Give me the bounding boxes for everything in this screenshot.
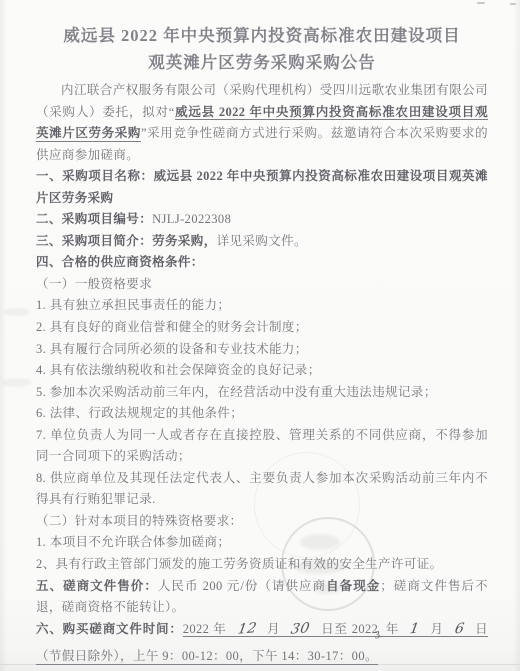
item-3-value-bold: 劳务采购， bbox=[152, 234, 217, 248]
scan-artifact bbox=[477, 2, 485, 4]
scan-edge-shadow-right bbox=[513, 0, 520, 671]
printed-month-char-2: 月 bbox=[427, 622, 448, 636]
scan-artifact bbox=[2, 378, 32, 387]
general-requirement-7: 7. 单位负责人为同一人或者存在直接控股、管理关系的不同供应商，不得参加同一合同… bbox=[36, 425, 488, 468]
printed-year-char: 年 bbox=[382, 622, 403, 636]
general-requirements-heading: （一）一般资格要求 bbox=[36, 274, 488, 296]
item-4-label: 四、合格的供应商资格条件： bbox=[36, 255, 204, 269]
document-title: 威远县 2022 年中央预算内投资高标准农田建设项目 观英滩片区劳务采购采购公告 bbox=[36, 22, 488, 76]
scan-artifact bbox=[510, 3, 516, 5]
special-requirement-1: 1. 本项目不允许联合体参加磋商； bbox=[36, 532, 488, 554]
printed-start-year: 2022 年 bbox=[183, 622, 231, 636]
scanned-document-page: 威远县 2022 年中央预算内投资高标准农田建设项目 观英滩片区劳务采购采购公告… bbox=[0, 0, 520, 671]
item-4-qualification-heading: 四、合格的供应商资格条件： bbox=[36, 252, 488, 274]
item-2-value: NJLJ-2022308 bbox=[152, 212, 231, 226]
handwritten-day-6: 6 bbox=[446, 619, 473, 639]
general-requirement-6: 6. 法律、行政法规规定的其他条件； bbox=[36, 403, 488, 425]
scan-artifact bbox=[4, 308, 30, 316]
item-6-label: 六、购买磋商文件时间： bbox=[36, 622, 183, 636]
handwritten-month-1: 1 bbox=[402, 619, 429, 639]
printed-to-year: 日至 2022 bbox=[317, 622, 378, 636]
general-requirement-1: 1. 具有独立承担民事责任的能力； bbox=[36, 295, 488, 317]
general-requirement-3: 3. 具有履行合同所必须的设备和专业技术能力； bbox=[36, 339, 488, 361]
item-5-bold: 自备现金 bbox=[326, 579, 380, 593]
item-3-label: 三、采购项目简介： bbox=[36, 234, 152, 248]
item-2-project-number: 二、采购项目编号：NJLJ-2022308 bbox=[36, 209, 488, 231]
item-5-document-price: 五、磋商文件售价：人民币 200 元/份（请供应商自备现金；磋商文件售后不退，磋… bbox=[36, 576, 488, 619]
handwritten-day-30: 30 bbox=[283, 618, 319, 639]
item-1-project-name: 一、采购项目名称：威远县 2022 年中央预算内投资高标准农田建设项目观英滩片区… bbox=[36, 166, 488, 209]
special-requirements-heading: （二）针对本项目的特殊资格要求： bbox=[36, 511, 488, 533]
item-5-label: 五、磋商文件售价： bbox=[36, 579, 158, 593]
title-line-1: 威远县 2022 年中央预算内投资高标准农田建设项目 bbox=[63, 26, 460, 45]
item-3-value-rest: 详见采购文件。 bbox=[217, 234, 307, 248]
title-line-2: 观英滩片区劳务采购采购公告 bbox=[148, 53, 376, 72]
scan-edge-shadow-left bbox=[0, 0, 7, 671]
item-5-pre: 人民币 200 元/份（请供应商 bbox=[158, 579, 326, 593]
item-3-project-brief: 三、采购项目简介：劳务采购，详见采购文件。 bbox=[36, 231, 488, 253]
intro-paragraph: 内江联合产权服务有限公司（采购代理机构）受四川远歌农业集团有限公司（采购人）委托… bbox=[36, 80, 488, 166]
handwritten-month-12: 12 bbox=[229, 618, 265, 639]
general-requirement-8: 8. 供应商单位及其现任法定代表人、主要负责人参加本次采购活动前三年内不得具有行… bbox=[36, 468, 488, 511]
general-requirement-2: 2. 具有良好的商业信誉和健全的财务会计制度； bbox=[36, 317, 488, 339]
item-6-purchase-time: 六、购买磋商文件时间：2022 年 12 月 30 日至 20223 年 1 月… bbox=[36, 619, 488, 668]
special-requirement-2: 2、具有行政主管部门颁发的施工劳务资质证和有效的安全生产许可证。 bbox=[36, 554, 488, 576]
document-content: 威远县 2022 年中央预算内投资高标准农田建设项目 观英滩片区劳务采购采购公告… bbox=[36, 22, 488, 668]
item-1-label: 一、采购项目名称： bbox=[36, 169, 154, 183]
general-requirement-4: 4. 具有依法缴纳税收和社会保障资金的良好记录； bbox=[36, 360, 488, 382]
printed-month-char: 月 bbox=[263, 622, 284, 636]
general-requirement-5: 5. 参加本次采购活动前三年内，在经营活动中没有重大违法违规记录； bbox=[36, 382, 488, 404]
item-2-label: 二、采购项目编号： bbox=[36, 212, 152, 226]
